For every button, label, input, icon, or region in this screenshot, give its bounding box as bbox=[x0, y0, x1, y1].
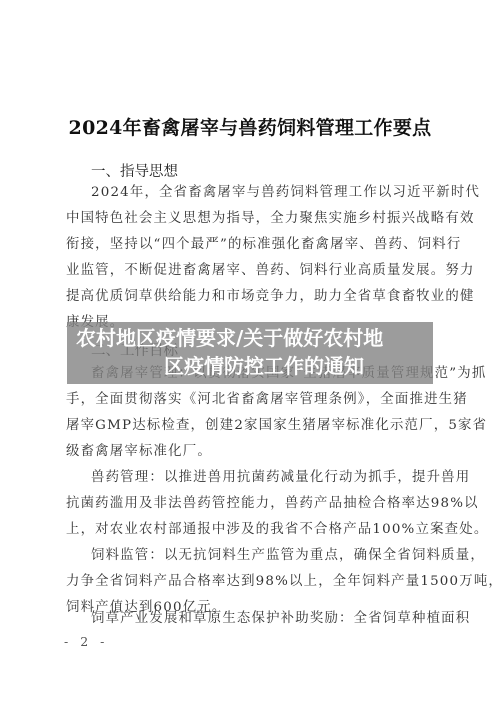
paragraph-line: 饲草产业发展和草原生态保护补助奖励：全省饲草种植面积 bbox=[91, 610, 438, 628]
document-title: 2024年畜禽屠宰与兽药饲料管理工作要点 bbox=[0, 113, 500, 140]
overlay-banner-line2: 区疫情防控工作的通知 bbox=[67, 352, 433, 380]
overlay-banner: 农村地区疫情要求/关于做好农村地 区疫情防控工作的通知 bbox=[67, 324, 433, 380]
paragraph-line: 2024年，全省畜禽屠宰与兽药饲料管理工作以习近平新时代 bbox=[91, 184, 438, 202]
paragraph-line: 力争全省饲料产品合格率达到98%以上，全年饲料产量1500万吨， bbox=[66, 573, 438, 591]
paragraph-line: 业监管，不断促进畜禽屠宰、兽药、饲料行业高质量发展。努力 bbox=[66, 262, 438, 280]
paragraph-line: 级畜禽屠宰标准化厂。 bbox=[66, 443, 438, 461]
paragraph-line: 手，全面贯彻落实《河北省畜禽屠宰管理条例》，全面推进生猪 bbox=[66, 391, 438, 409]
paragraph-line: 抗菌药滥用及非法兽药管控能力，兽药产品抽检合格率达98%以 bbox=[66, 495, 438, 513]
paragraph-line: 中国特色社会主义思想为指导，全力聚焦实施乡村振兴战略有效 bbox=[66, 210, 438, 228]
paragraph-line: 屠宰GMP达标检查，创建2家国家生猪屠宰标准化示范厂，5家省 bbox=[66, 417, 438, 435]
paragraph-line: 上，对农业农村部通报中涉及的我省不合格产品100%立案查处。 bbox=[66, 521, 438, 539]
paragraph-line: 衔接，坚持以“四个最严”的标准强化畜禽屠宰、兽药、饲料行 bbox=[66, 236, 438, 254]
overlay-banner-line1: 农村地区疫情要求/关于做好农村地 bbox=[67, 324, 433, 352]
paragraph-line: 饲料监管：以无抗饲料生产监管为重点，确保全省饲料质量， bbox=[91, 547, 438, 565]
paragraph-line: 兽药管理：以推进兽用抗菌药减量化行动为抓手，提升兽用 bbox=[91, 469, 438, 487]
page-number: - 2 - bbox=[64, 634, 108, 649]
section-heading-guiding-ideology: 一、指导思想 bbox=[91, 160, 178, 181]
paragraph-line: 提高优质饲草供给能力和市场竞争力，助力全省草食畜牧业的健 bbox=[66, 288, 438, 306]
